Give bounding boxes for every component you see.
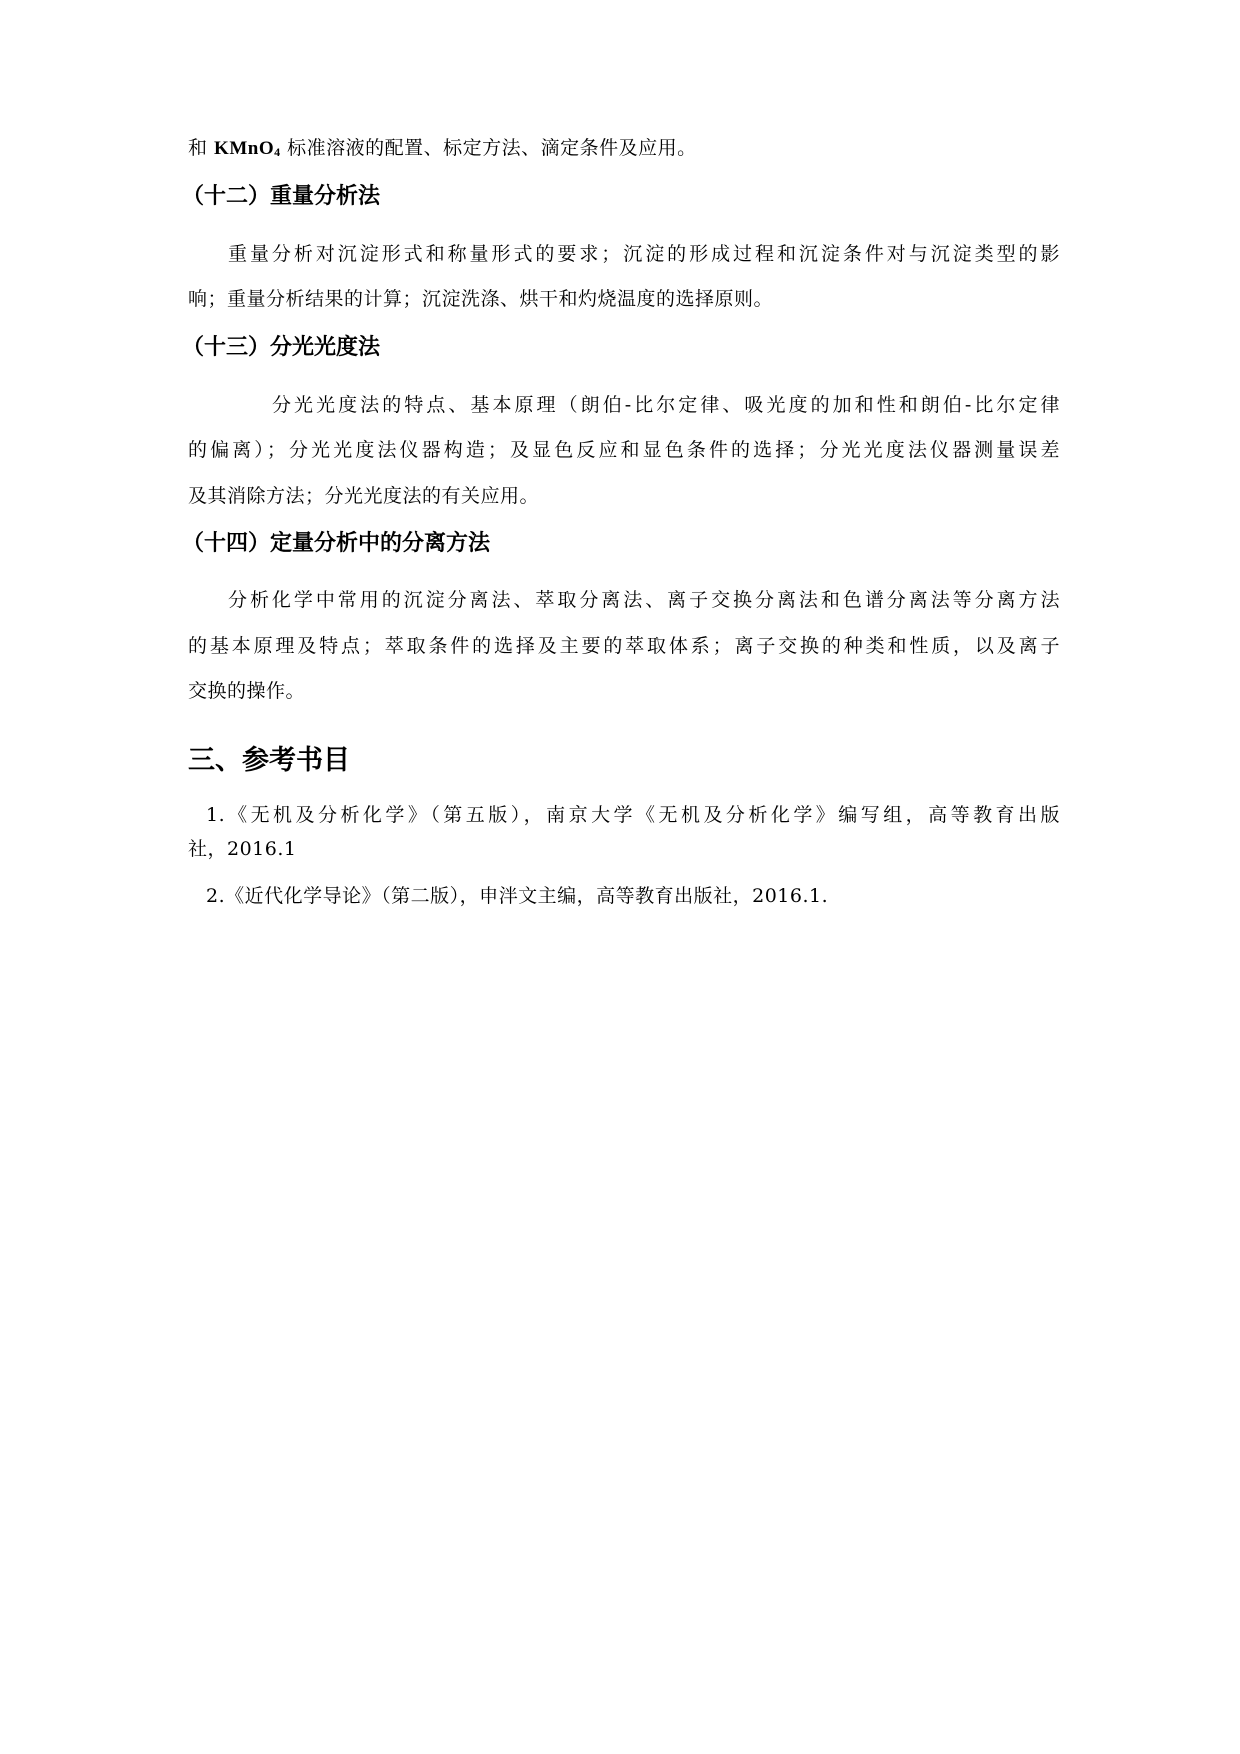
paragraph-line: 及其消除方法；分光光度法的有关应用。 — [188, 484, 539, 508]
text-suffix: 标准溶液的配置、标定方法、滴定条件及应用。 — [281, 137, 697, 159]
paragraph-line: 交换的操作。 — [188, 679, 305, 703]
references-heading: 三、参考书目 — [188, 745, 350, 777]
paragraph-line: 的偏离）；分光光度法仪器构造；及显色反应和显色条件的选择；分光光度法仪器测量误差 — [188, 438, 1060, 462]
section-heading-12: （十二）重量分析法 — [182, 183, 380, 211]
paragraph-line: 响；重量分析结果的计算；沉淀洗涤、烘干和灼烧温度的选择原则。 — [188, 287, 773, 311]
paragraph-line: 分光光度法的特点、基本原理（朗伯-比尔定律、吸光度的加和性和朗伯-比尔定律 — [272, 393, 1060, 417]
reference-item-1-line-1: 1.《无机及分析化学》（第五版），南京大学《无机及分析化学》编写组，高等教育出版 — [206, 803, 1060, 827]
section-heading-13: （十三）分光光度法 — [182, 334, 380, 362]
paragraph-line: 的基本原理及特点；萃取条件的选择及主要的萃取体系；离子交换的种类和性质，以及离子 — [188, 634, 1060, 658]
paragraph-line: 重量分析对沉淀形式和称量形式的要求；沉淀的形成过程和沉淀条件对与沉淀类型的影 — [228, 242, 1060, 266]
reference-item-1-line-2: 社，2016.1 — [188, 837, 296, 861]
formula-main: KMnO — [214, 138, 274, 159]
text-prefix: 和 — [188, 137, 214, 159]
chemical-formula: KMnO4 — [214, 138, 281, 159]
intro-paragraph-line: 和 KMnO4 标准溶液的配置、标定方法、滴定条件及应用。 — [188, 136, 697, 164]
section-heading-14: （十四）定量分析中的分离方法 — [182, 530, 490, 558]
reference-item-2: 2.《近代化学导论》（第二版），申泮文主编，高等教育出版社，2016.1. — [206, 884, 828, 908]
paragraph-line: 分析化学中常用的沉淀分离法、萃取分离法、离子交换分离法和色谱分离法等分离方法 — [228, 588, 1060, 612]
